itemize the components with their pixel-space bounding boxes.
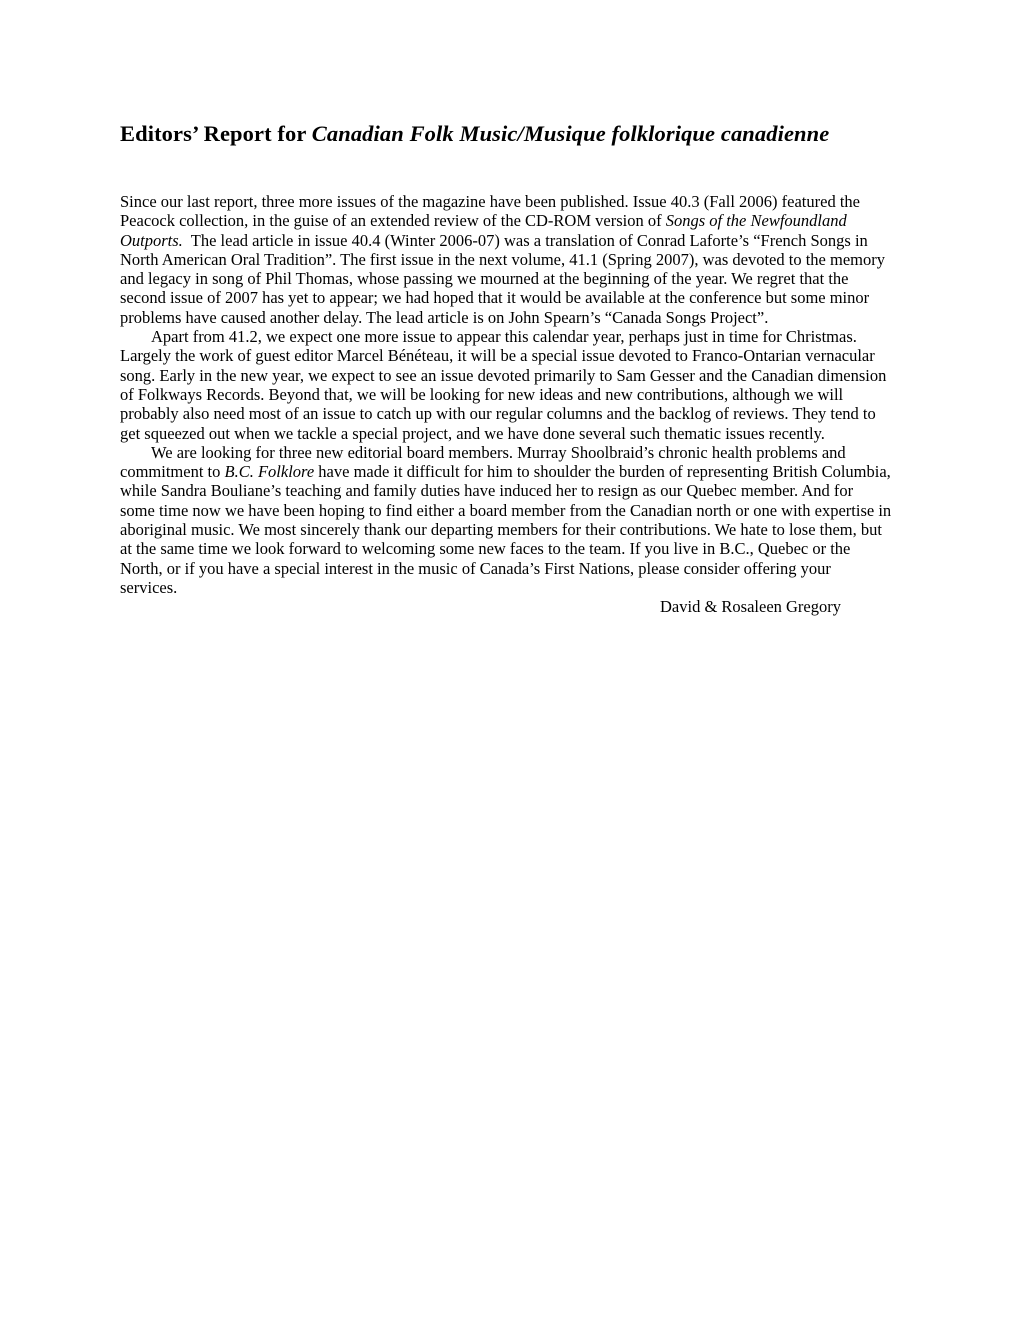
- text-line: and legacy in song of Phil Thomas, whose…: [120, 269, 910, 288]
- text-line: probably also need most of an issue to c…: [120, 404, 910, 423]
- text-line: Outports. The lead article in issue 40.4…: [120, 231, 910, 250]
- text-segment: while Sandra Bouliane’s teaching and fam…: [120, 481, 853, 500]
- text-line: while Sandra Bouliane’s teaching and fam…: [120, 481, 910, 500]
- text-line: some time now we have been hoping to fin…: [120, 501, 910, 520]
- text-line: Apart from 41.2, we expect one more issu…: [120, 327, 910, 346]
- text-line: of Folkways Records. Beyond that, we wil…: [120, 385, 910, 404]
- text-segment: We are looking for three new editorial b…: [151, 443, 846, 462]
- italic-text-segment: Outports.: [120, 231, 183, 250]
- text-line: Since our last report, three more issues…: [120, 192, 910, 211]
- text-segment: The lead article in issue 40.4 (Winter 2…: [183, 231, 868, 250]
- text-segment: aboriginal music. We most sincerely than…: [120, 520, 882, 539]
- document-content: Editors’ Report for Canadian Folk Music/…: [120, 121, 910, 617]
- text-segment: at the same time we look forward to welc…: [120, 539, 850, 558]
- document-page: Editors’ Report for Canadian Folk Music/…: [0, 0, 1020, 1320]
- text-segment: North, or if you have a special interest…: [120, 559, 831, 578]
- paragraphs: Since our last report, three more issues…: [120, 192, 910, 597]
- text-segment: North American Oral Tradition”. The firs…: [120, 250, 885, 269]
- text-line: song. Early in the new year, we expect t…: [120, 366, 910, 385]
- text-line: commitment to B.C. Folklore have made it…: [120, 462, 910, 481]
- text-segment: song. Early in the new year, we expect t…: [120, 366, 886, 385]
- text-line: second issue of 2007 has yet to appear; …: [120, 288, 910, 307]
- text-line: aboriginal music. We most sincerely than…: [120, 520, 910, 539]
- text-segment: probably also need most of an issue to c…: [120, 404, 876, 423]
- italic-text-segment: B.C. Folklore: [225, 462, 315, 481]
- text-segment: Peacock collection, in the guise of an e…: [120, 211, 666, 230]
- text-segment: have made it difficult for him to should…: [314, 462, 891, 481]
- signature-line: David & Rosaleen Gregory: [660, 597, 910, 616]
- title-prefix: Editors’ Report for: [120, 121, 312, 146]
- text-line: services.: [120, 578, 910, 597]
- text-segment: get squeezed out when we tackle a specia…: [120, 424, 825, 443]
- text-segment: Since our last report, three more issues…: [120, 192, 860, 211]
- text-line: problems have caused another delay. The …: [120, 308, 910, 327]
- text-line: Largely the work of guest editor Marcel …: [120, 346, 910, 365]
- document-title: Editors’ Report for Canadian Folk Music/…: [120, 121, 910, 147]
- italic-text-segment: Songs of the Newfoundland: [666, 211, 847, 230]
- text-segment: some time now we have been hoping to fin…: [120, 501, 891, 520]
- text-line: North American Oral Tradition”. The firs…: [120, 250, 910, 269]
- text-line: We are looking for three new editorial b…: [120, 443, 910, 462]
- title-italic: Canadian Folk Music/Musique folklorique …: [312, 121, 830, 146]
- text-segment: of Folkways Records. Beyond that, we wil…: [120, 385, 843, 404]
- paragraph: Since our last report, three more issues…: [120, 192, 910, 327]
- text-segment: problems have caused another delay. The …: [120, 308, 768, 327]
- paragraph: Apart from 41.2, we expect one more issu…: [120, 327, 910, 443]
- text-line: North, or if you have a special interest…: [120, 559, 910, 578]
- paragraph: We are looking for three new editorial b…: [120, 443, 910, 597]
- text-segment: and legacy in song of Phil Thomas, whose…: [120, 269, 848, 288]
- text-segment: Apart from 41.2, we expect one more issu…: [151, 327, 857, 346]
- text-line: get squeezed out when we tackle a specia…: [120, 424, 910, 443]
- text-line: Peacock collection, in the guise of an e…: [120, 211, 910, 230]
- text-line: at the same time we look forward to welc…: [120, 539, 910, 558]
- text-segment: services.: [120, 578, 177, 597]
- text-segment: Largely the work of guest editor Marcel …: [120, 346, 875, 365]
- text-segment: second issue of 2007 has yet to appear; …: [120, 288, 869, 307]
- text-segment: commitment to: [120, 462, 225, 481]
